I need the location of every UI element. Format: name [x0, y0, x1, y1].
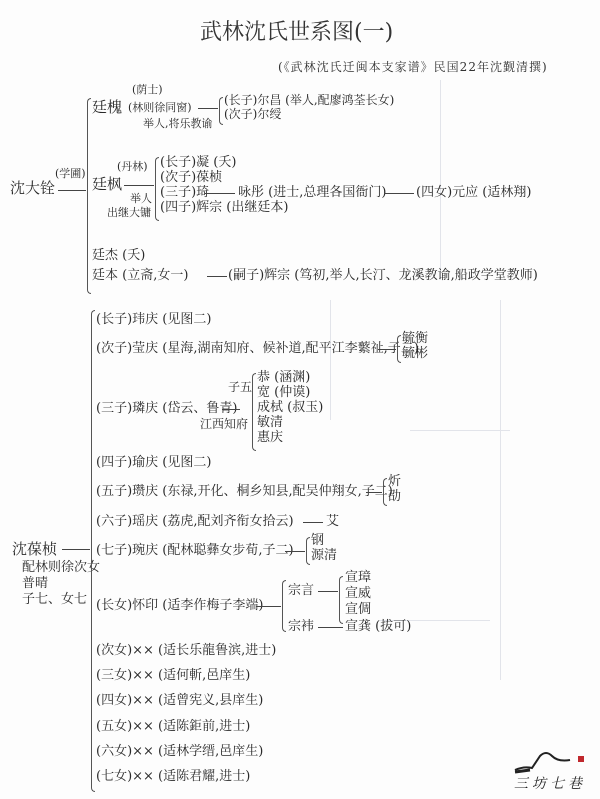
connector-line — [222, 409, 240, 410]
brace-zanqing — [383, 478, 387, 506]
great-grandchild-xuanzhang: 宣璋 — [345, 570, 371, 585]
connector-line — [62, 549, 90, 550]
grandchild-zonghui: 宗袆 — [288, 619, 314, 634]
page-title: 武林沈氏世系图(一) — [200, 20, 393, 46]
note-danlin: (丹林) — [117, 160, 148, 173]
connector-line — [318, 591, 338, 592]
watermark-text: 三坊七巷 — [514, 773, 586, 793]
note-juren: 举人 — [130, 192, 152, 205]
great-grandchild-xuanti: 宣倜 — [345, 602, 371, 617]
brace-wanqing — [306, 537, 310, 565]
brace-tinghuai — [219, 97, 223, 125]
note-chuji: 出继大镛 — [107, 206, 151, 219]
child-yingqing: (次子)莹庆 (星海,湖南知府、候补道,配平江李蘩祉,子二) — [96, 341, 419, 356]
grandchild-shao: 劭 — [388, 489, 401, 504]
note-ziwu: 子五 — [228, 381, 252, 394]
grandchild-yongtong: 咏彤 (进士,总理各国衙门) — [238, 185, 386, 200]
child-daughter-7: (七女)×× (适陈君耀,进士) — [96, 769, 250, 784]
child-wanqing: (七子)琬庆 (配林聪彝女步荀,子二) — [96, 543, 294, 558]
grandchild-yubin: 毓彬 — [402, 346, 428, 361]
great-grandchild-xuangong: 宣龚 (拔可) — [345, 619, 411, 634]
grandchild-gong: 恭 (涵渊) — [257, 370, 310, 385]
grandchild-huiqing: 惠庆 — [257, 430, 283, 445]
child-zanqing: (五子)瓒庆 (东禄,开化、桐乡知县,配吴仲翔女,子二) — [96, 484, 393, 499]
connector-line — [205, 193, 235, 194]
great-grandchild-yuanying: (四女)元应 (适林翔) — [416, 185, 531, 200]
bleed-line — [410, 430, 510, 431]
connector-line — [366, 492, 382, 493]
child-weiqing: (长子)玮庆 (见图二) — [96, 312, 211, 327]
brace-zongyan — [339, 576, 343, 624]
node-tinghuai: 廷槐 — [92, 99, 122, 116]
connector-line — [207, 276, 227, 277]
child-huizong-adopted: (嗣子)辉宗 (笃初,举人,长汀、龙溪教谕,船政学堂教师) — [228, 268, 538, 283]
connector-line — [285, 551, 305, 552]
brace-linqing — [252, 373, 256, 451]
grandchild-minqing: 敏清 — [257, 415, 283, 430]
connector-line — [256, 606, 281, 607]
connector-line — [124, 185, 154, 186]
connector-line — [198, 108, 218, 109]
child-ning: (长子)凝 (夭) — [160, 155, 236, 170]
grandchild-xin: 炘 — [388, 474, 401, 489]
note-spouse-name: 普晴 — [22, 576, 48, 591]
connector-line — [318, 627, 343, 628]
node-tingben: 廷本 (立斋,女一) — [92, 268, 188, 283]
child-daughter-3: (三女)×× (适何斬,邑庠生) — [96, 668, 250, 683]
note-yinshi: (荫士) — [132, 83, 163, 96]
node-shen-daquan: 沈大铨 — [10, 180, 55, 197]
node-tingfeng: 廷枫 — [92, 176, 122, 193]
child-daughter-6: (六女)×× (适林学缙,邑庠生) — [96, 744, 263, 759]
bleed-line — [330, 300, 331, 420]
child-yaoqing: (六子)瑶庆 (荔虎,配刘齐衔女拾云) — [96, 514, 294, 529]
grandchild-yuheng: 毓衡 — [402, 331, 428, 346]
note-xuepu: (学圃) — [55, 167, 86, 180]
child-huaiyin: (长女)怀印 (适李作梅子李端) — [96, 598, 263, 613]
bleed-line — [500, 300, 501, 680]
child-ershou: (次子)尔绶 — [224, 108, 281, 121]
child-daughter-4: (四女)×× (适曾宪义,县庠生) — [96, 693, 263, 708]
child-huizong: (四子)辉宗 (出继廷本) — [160, 200, 288, 215]
brace-tingfeng — [155, 157, 159, 221]
watermark-logo: 三坊七巷 — [510, 748, 590, 793]
grandchild-chengshi: 成栻 (叔玉) — [257, 400, 323, 415]
bleed-line — [440, 80, 441, 280]
connector-line — [384, 193, 414, 194]
node-shen-baozhen: 沈葆桢 — [12, 541, 57, 558]
connector-line — [303, 522, 323, 523]
connector-line — [58, 190, 86, 191]
brace-gen2 — [87, 98, 91, 294]
grandchild-yuanqing: 源清 — [311, 548, 337, 563]
connector-line — [378, 349, 396, 350]
child-linqing: (三子)璘庆 (岱云、鲁青) — [96, 401, 237, 416]
child-baozhen: (次子)葆桢 — [160, 170, 222, 185]
grandchild-zongyan: 宗言 — [288, 583, 314, 598]
child-yuqing: (四子)瑜庆 (见图二) — [96, 455, 211, 470]
note-jiangxi: 江西知府 — [200, 418, 248, 431]
grandchild-gang: 钢 — [311, 533, 324, 548]
brace-huaiyin — [282, 580, 286, 632]
brace-yingqing — [397, 335, 401, 363]
brace-gen3 — [91, 310, 95, 792]
page-subtitle: (《武林沈氏迁闽本支家谱》民国22年沈觐清撰) — [278, 60, 548, 74]
note-spouse: 配林则徐次女 — [22, 560, 100, 575]
node-tingjie: 廷杰 (夭) — [92, 248, 145, 263]
great-grandchild-xuanwei: 宣威 — [345, 586, 371, 601]
grandchild-kuan: 宽 (仲谟) — [257, 385, 310, 400]
child-daughter-5: (五女)×× (适陈鉅前,进士) — [96, 719, 250, 734]
grandchild-ai: 艾 — [326, 514, 339, 529]
child-erchang: (长子)尔昌 (举人,配廖鸿荃长女) — [224, 94, 394, 107]
note-children-count: 子七、女七 — [22, 592, 87, 607]
note-tinghuai-bottom: 举人,将乐教谕 — [143, 117, 213, 130]
child-qi: (三子)琦 — [160, 185, 209, 200]
child-daughter-2: (次女)×× (适长乐龍鲁滨,进士) — [96, 643, 276, 658]
note-tinghuai: (林则徐同窗) — [128, 101, 192, 114]
